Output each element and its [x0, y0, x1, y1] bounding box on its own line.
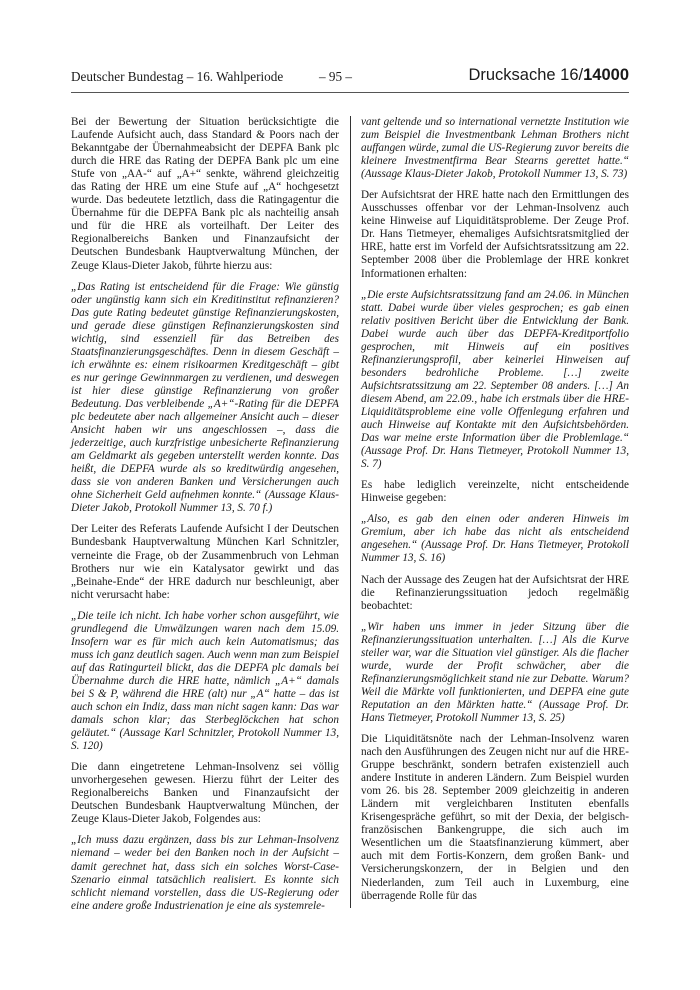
paragraph: Bei der Bewertung der Situation berücksi…	[71, 116, 339, 273]
right-column: vant geltende und so international verne…	[361, 116, 629, 911]
paragraph: Der Aufsichtsrat der HRE hatte nach den …	[361, 189, 629, 280]
page-header: Deutscher Bundestag – 16. Wahlperiode – …	[71, 66, 629, 86]
column-divider	[350, 116, 351, 908]
paragraph: Es habe lediglich vereinzelte, nicht ent…	[361, 479, 629, 505]
paragraph: Die dann eingetretene Lehman-Insolvenz s…	[71, 761, 339, 826]
paragraph: Die Liquiditätsnöte nach der Lehman-Inso…	[361, 733, 629, 903]
document-number: Drucksache 16/14000	[468, 66, 629, 85]
quote-paragraph: vant geltende und so international verne…	[361, 116, 629, 181]
paragraph: Nach der Aussage des Zeugen hat der Aufs…	[361, 574, 629, 613]
left-column: Bei der Bewertung der Situation berücksi…	[71, 116, 339, 921]
quote-paragraph: „Ich muss dazu ergänzen, dass bis zur Le…	[71, 834, 339, 912]
header-rule	[71, 92, 629, 93]
quote-paragraph: „Die teile ich nicht. Ich habe vorher sc…	[71, 610, 339, 754]
publication-title: Deutscher Bundestag – 16. Wahlperiode	[71, 69, 283, 85]
quote-paragraph: „Das Rating ist entscheidend für die Fra…	[71, 281, 339, 516]
document-number-value: 14000	[583, 66, 629, 84]
quote-paragraph: „Die erste Aufsichtsratssitzung fand am …	[361, 289, 629, 472]
quote-paragraph: „Also, es gab den einen oder anderen Hin…	[361, 513, 629, 565]
quote-paragraph: „Wir haben uns immer in jeder Sitzung üb…	[361, 621, 629, 725]
page-number: – 95 –	[319, 69, 352, 85]
paragraph: Der Leiter des Referats Laufende Aufsich…	[71, 523, 339, 601]
document-number-prefix: Drucksache 16/	[468, 66, 583, 84]
